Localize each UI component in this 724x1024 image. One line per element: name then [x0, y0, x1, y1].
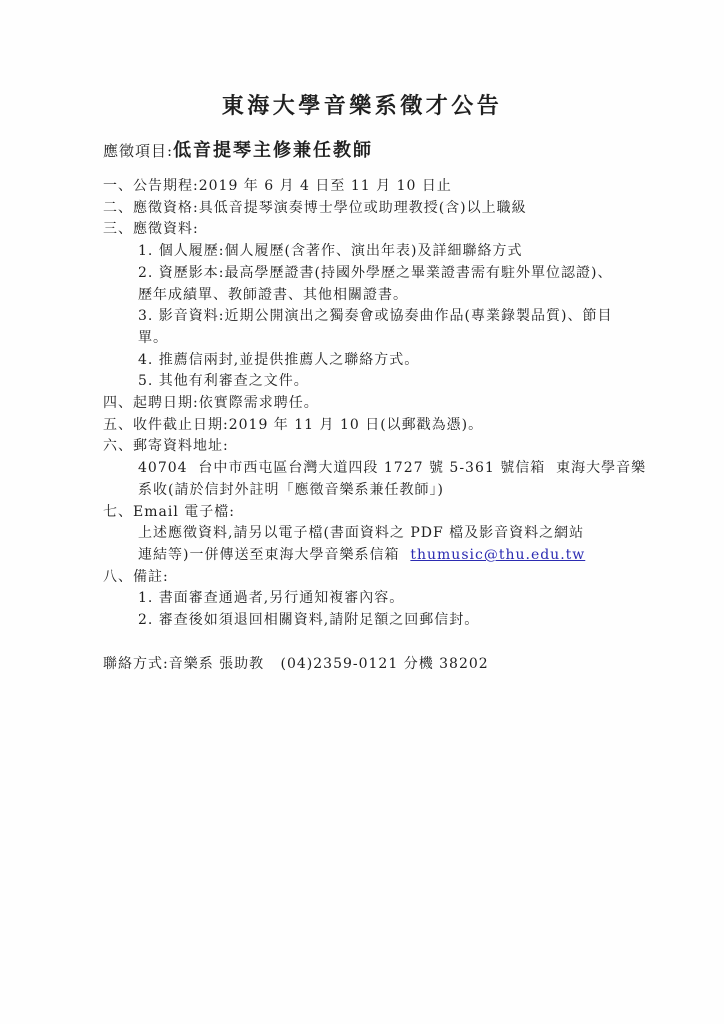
doc-line-text: 一、公告期程:2019 年 6 月 4 日至 11 月 10 日止: [103, 178, 452, 194]
doc-line-text: 三、應徵資料:: [103, 221, 199, 237]
doc-line: 3. 影音資料:近期公開演出之獨奏會或協奏曲作品(專業錄製品質)、節目: [103, 306, 638, 328]
doc-line-text: 四、起聘日期:依實際需求聘任。: [103, 395, 319, 411]
doc-line-text: 上述應徵資料,請另以電子檔(書面資料之 PDF 檔及影音資料之網站: [138, 525, 584, 541]
doc-line-text: 八、備註:: [103, 569, 169, 585]
application-item-value: 低音提琴主修兼任教師: [173, 140, 373, 161]
doc-line-text: 單。: [138, 330, 168, 346]
doc-line-text: 系收(請於信封外註明「應徵音樂系兼任教師」): [138, 482, 444, 498]
page-title: 東海大學音樂系徵才公告: [0, 0, 724, 120]
doc-body-lines: 一、公告期程:2019 年 6 月 4 日至 11 月 10 日止二、應徵資格:…: [103, 176, 638, 632]
doc-line: 歷年成績單、教師證書、其他相關證書。: [103, 285, 638, 307]
doc-line-text: 六、郵寄資料地址:: [103, 438, 229, 454]
doc-line: 二、應徵資格:具低音提琴演奏博士學位或助理教授(含)以上職級: [103, 198, 638, 220]
doc-line-text: 五、收件截止日期:2019 年 11 月 10 日(以郵戳為憑)。: [103, 417, 483, 433]
doc-line: 一、公告期程:2019 年 6 月 4 日至 11 月 10 日止: [103, 176, 638, 198]
doc-line-text: 5. 其他有利審查之文件。: [138, 373, 309, 389]
application-item-line: 應徵項目:低音提琴主修兼任教師: [103, 139, 724, 163]
doc-line: 五、收件截止日期:2019 年 11 月 10 日(以郵戳為憑)。: [103, 415, 638, 437]
doc-line-text: 2. 審查後如須退回相關資料,請附足額之回郵信封。: [138, 612, 479, 628]
contact-line: 聯絡方式:音樂系 張助教 (04)2359-0121 分機 38202: [103, 654, 724, 676]
doc-line-text: 歷年成績單、教師證書、其他相關證書。: [138, 287, 408, 303]
doc-line: 七、Email 電子檔:: [103, 502, 638, 524]
doc-line: 1. 個人履歷:個人履歷(含著作、演出年表)及詳細聯絡方式: [103, 241, 638, 263]
doc-line: 2. 審查後如須退回相關資料,請附足額之回郵信封。: [103, 610, 638, 632]
doc-line-text: 3. 影音資料:近期公開演出之獨奏會或協奏曲作品(專業錄製品質)、節目: [138, 308, 612, 324]
doc-line-text: 二、應徵資格:具低音提琴演奏博士學位或助理教授(含)以上職級: [103, 200, 527, 216]
doc-line-text: 1. 書面審查通過者,另行通知複審內容。: [138, 590, 404, 606]
application-item-label: 應徵項目:: [103, 142, 173, 160]
doc-line: 系收(請於信封外註明「應徵音樂系兼任教師」): [103, 480, 638, 502]
doc-line: 40704 台中市西屯區台灣大道四段 1727 號 5-361 號信箱 東海大學…: [103, 458, 638, 480]
doc-line-text: 1. 個人履歷:個人履歷(含著作、演出年表)及詳細聯絡方式: [138, 243, 522, 259]
doc-line: 連結等)一併傳送至東海大學音樂系信箱 thumusic@thu.edu.tw: [103, 545, 638, 567]
doc-line: 八、備註:: [103, 567, 638, 589]
doc-line: 4. 推薦信兩封,並提供推薦人之聯絡方式。: [103, 350, 638, 372]
doc-line: 單。: [103, 328, 638, 350]
document-page: 東海大學音樂系徵才公告 應徵項目:低音提琴主修兼任教師 一、公告期程:2019 …: [0, 0, 724, 1024]
email-link[interactable]: thumusic@thu.edu.tw: [410, 547, 585, 563]
doc-line: 四、起聘日期:依實際需求聘任。: [103, 393, 638, 415]
doc-line-text: 2. 資歷影本:最高學歷證書(持國外學歷之畢業證書需有駐外單位認證)、: [138, 265, 612, 281]
doc-line-text: 40704 台中市西屯區台灣大道四段 1727 號 5-361 號信箱 東海大學…: [138, 460, 646, 476]
doc-line-text: 連結等)一併傳送至東海大學音樂系信箱: [138, 547, 410, 563]
doc-line-text: 4. 推薦信兩封,並提供推薦人之聯絡方式。: [138, 352, 419, 368]
doc-line-text: 七、Email 電子檔:: [103, 504, 235, 520]
doc-line: 5. 其他有利審查之文件。: [103, 371, 638, 393]
doc-line: 2. 資歷影本:最高學歷證書(持國外學歷之畢業證書需有駐外單位認證)、: [103, 263, 638, 285]
doc-line: 六、郵寄資料地址:: [103, 436, 638, 458]
doc-line: 上述應徵資料,請另以電子檔(書面資料之 PDF 檔及影音資料之網站: [103, 523, 638, 545]
doc-line: 三、應徵資料:: [103, 219, 638, 241]
doc-line: 1. 書面審查通過者,另行通知複審內容。: [103, 588, 638, 610]
